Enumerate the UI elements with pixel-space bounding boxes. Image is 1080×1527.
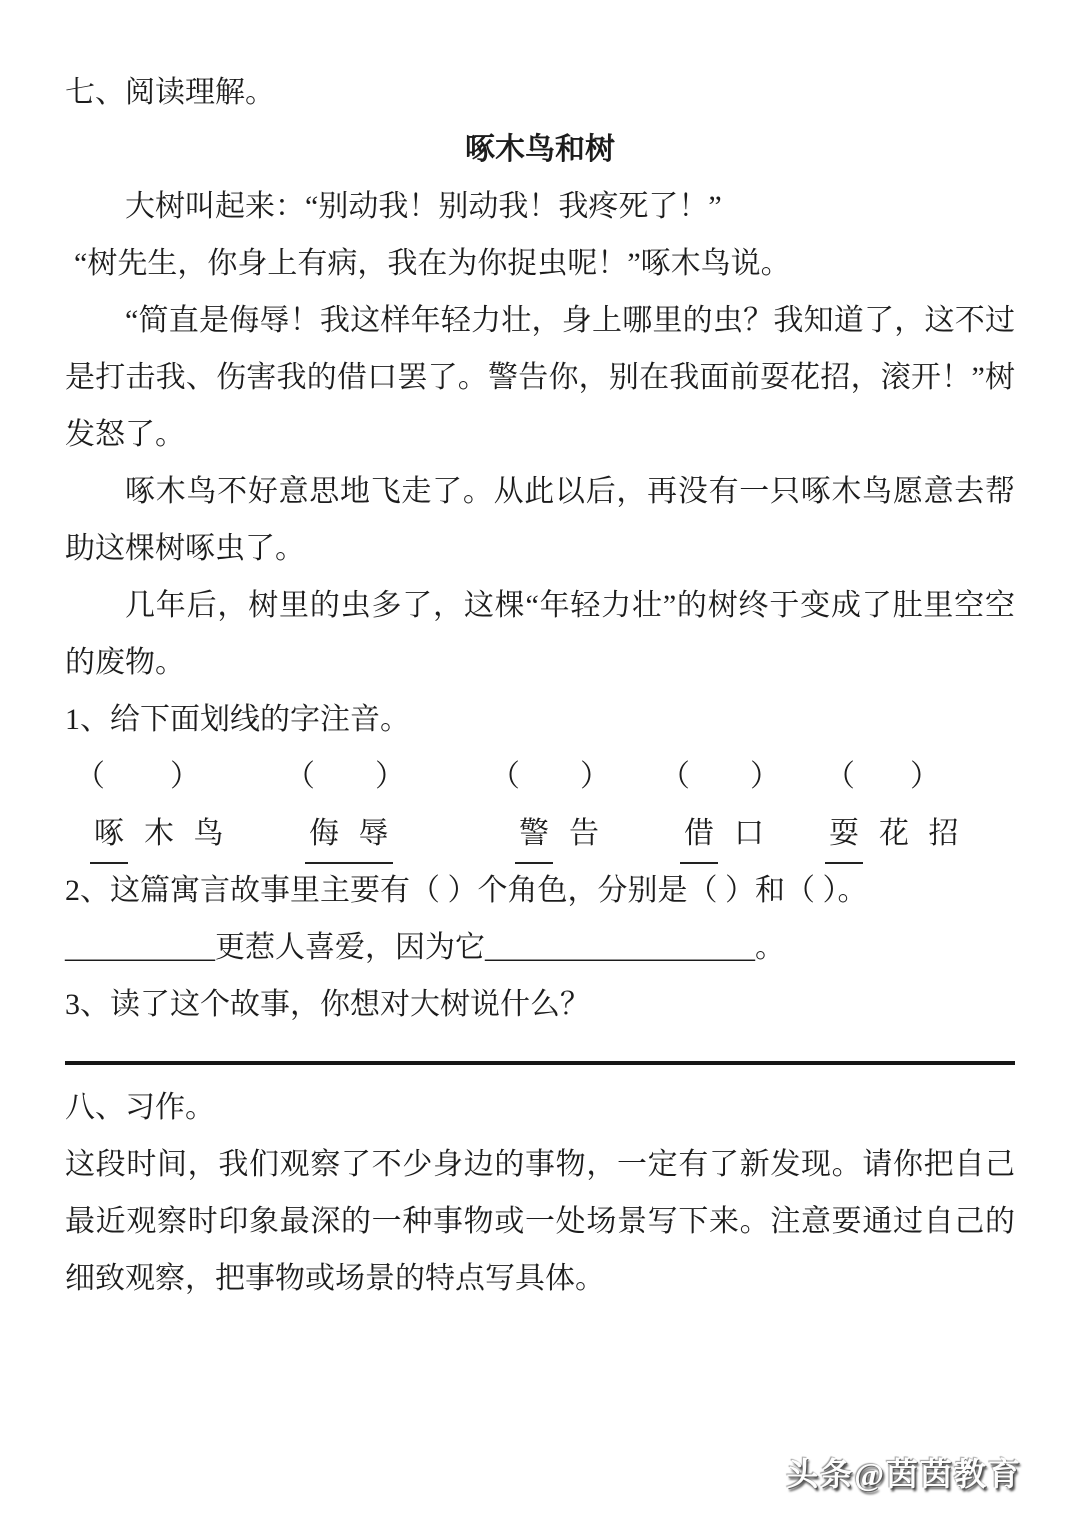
word-rest: 花 招 [879,805,959,864]
paren-open-icon: （ [660,748,690,805]
question2-line1: 2、这篇寓言故事里主要有（ ）个角色，分别是（ ）和（ ）。 [65,862,1015,919]
underlined-char: 借 [680,805,718,864]
underlined-char: 耍 [825,805,863,864]
word-zhuomuniao: 啄 木 鸟 [90,805,224,864]
passage-title: 啄木鸟和树 [65,121,1015,178]
paren-open-icon: （ [490,748,520,805]
question2-mid-text: 更惹人喜爱，因为它 [215,931,485,964]
passage-paragraph-2: “树先生，你身上有病，我在为你捉虫呢！”啄木鸟说。 [65,235,1015,292]
section7-heading: 七、阅读理解。 [65,64,1015,121]
word-rest: 口 [734,805,764,864]
pinyin-bracket-2: （ ） [285,748,405,805]
pinyin-bracket-4: （ ） [660,748,780,805]
underlined-char: 侮 辱 [305,805,393,864]
paren-close-icon: ） [580,748,610,805]
question2-line2: __________更惹人喜爱，因为它__________________。 [65,919,1015,976]
paren-open-icon: （ [285,748,315,805]
question1-answer-area: （ ） （ ） （ ） （ ） （ ） 啄 木 鸟 侮 辱 警 [65,748,1015,862]
word-rest: 木 鸟 [144,805,224,864]
passage-paragraph-3: “简直是侮辱！我这样年轻力壮，身上哪里的虫？我知道了，这不过是打击我、伤害我的借… [65,292,1015,463]
fill-blank-1: __________ [65,931,215,964]
word-shuahuazhao: 耍 花 招 [825,805,959,864]
worksheet-page: 七、阅读理解。 啄木鸟和树 大树叫起来：“别动我！别动我！我疼死了！” “树先生… [0,0,1080,1527]
paren-open-icon: （ [825,748,855,805]
paren-open-icon: （ [75,748,105,805]
watermark-toutiao-yinyin-edu: 头条@茵茵教育 [786,1446,1022,1503]
underlined-char: 警 [515,805,553,864]
word-jiekou: 借 口 [680,805,764,864]
section8-heading: 八、习作。 [65,1079,1015,1136]
pinyin-bracket-1: （ ） [75,748,200,805]
pinyin-bracket-3: （ ） [490,748,610,805]
passage-paragraph-5: 几年后，树里的虫多了，这棵“年轻力壮”的树终于变成了肚里空空的废物。 [65,577,1015,691]
question3-label: 3、读了这个故事，你想对大树说什么？ [65,976,1015,1033]
paren-close-icon: ） [910,748,940,805]
section-divider [65,1061,1015,1065]
word-wuru: 侮 辱 [305,805,409,864]
paren-close-icon: ） [375,748,405,805]
paren-close-icon: ） [170,748,200,805]
fill-blank-2: __________________ [485,931,755,964]
word-rest: 告 [569,805,599,864]
underlined-char: 啄 [90,805,128,864]
section8-body: 这段时间，我们观察了不少身边的事物，一定有了新发现。请你把自己最近观察时印象最深… [65,1136,1015,1307]
paren-close-icon: ） [750,748,780,805]
pinyin-bracket-5: （ ） [825,748,940,805]
passage-paragraph-1: 大树叫起来：“别动我！别动我！我疼死了！” [65,178,1015,235]
word-jinggao: 警 告 [515,805,599,864]
question2-period: 。 [755,931,785,964]
passage-paragraph-4: 啄木鸟不好意思地飞走了。从此以后，再没有一只啄木鸟愿意去帮助这棵树啄虫了。 [65,463,1015,577]
question1-label: 1、给下面划线的字注音。 [65,691,1015,748]
